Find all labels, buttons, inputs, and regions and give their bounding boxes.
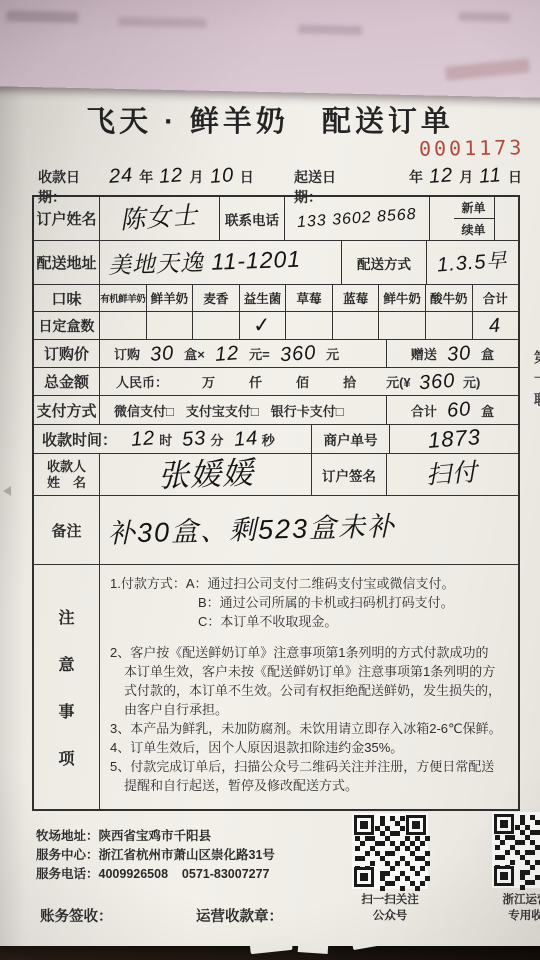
- month-unit: 月: [190, 167, 204, 187]
- farm-address-label: 牧场地址：: [36, 829, 99, 843]
- flavor-cow: 鲜牛奶: [379, 285, 426, 311]
- gift-cell: 赠送 30 盒: [387, 340, 518, 367]
- daily-cell-3: [193, 312, 240, 339]
- total-value-handwriting: 360: [418, 370, 456, 392]
- notes-label-char: 意: [58, 652, 74, 675]
- collect-month-value: 12: [159, 165, 185, 187]
- address-row: 配送地址 美地天逸 11-1201 配送方式 1.3.5早: [34, 241, 518, 285]
- note-line: 提醒和自行起送，暂停及修改配送方式。: [110, 776, 518, 795]
- notes-label-char: 事: [58, 699, 74, 722]
- daily-cell-5: [286, 312, 333, 339]
- qr2-caption-line1: 浙江运营中心: [482, 892, 540, 908]
- daily-cell-6: [333, 312, 380, 339]
- shi-label: 拾: [343, 372, 356, 391]
- merchant-no-label: 商户单号: [312, 425, 390, 453]
- daily-boxes-row: 日定盒数 ✓ 4: [34, 312, 518, 340]
- notes-row: 注 意 事 项 1.付款方式：A：通过扫公司支付二维码支付宝或微信支付。 B：通…: [34, 565, 518, 809]
- gift-qty-handwriting: 30: [446, 343, 472, 365]
- checkmark-handwriting: ✓: [252, 314, 272, 336]
- flavor-label: 口味: [34, 285, 100, 311]
- flavor-probiotic: 益生菌: [240, 285, 287, 311]
- payee-label: 收款人 姓 名: [34, 454, 100, 495]
- address-handwriting: 美地天逸 11-1201: [108, 248, 302, 278]
- flavor-organic-goat: 有机鲜羊奶: [100, 285, 147, 311]
- order-price-cell: 订购 30 盒× 12 元= 360 元: [100, 340, 387, 367]
- notes-label-char: 项: [58, 746, 74, 769]
- wan-label: 万: [202, 372, 215, 391]
- phone-handwriting: 133 3602 8568: [297, 206, 418, 230]
- new-order-subrow: 新单: [454, 197, 495, 219]
- copy-stub-text: 第一联: [531, 350, 540, 413]
- notes-label-char: 注: [58, 605, 74, 628]
- subscriber-name-cell: 陈女士: [100, 197, 220, 240]
- torn-paper-bit: [249, 936, 292, 954]
- note-line: 2、客户按《配送鲜奶订单》注意事项第1条列明的方式付款成功的: [110, 643, 518, 662]
- hour-handwriting: 12: [130, 428, 156, 450]
- receipt-photo: 飞天 · 鲜羊奶 配送订单 0001173 收款日期： 24 年 12 月 10…: [0, 0, 540, 960]
- rmb-label: 人民币：: [116, 372, 168, 391]
- second-unit: 秒: [262, 430, 275, 449]
- total-amount-cell: 人民币： 万 仟 佰 拾 元(¥ 360 元): [100, 368, 518, 395]
- remark-label: 备注: [34, 496, 100, 564]
- service-center-value: 浙江省杭州市萧山区崇化路31号: [99, 848, 275, 862]
- merchant-no-cell: 1873: [390, 425, 518, 453]
- gift-box-label: 盒: [481, 344, 494, 363]
- payment-method-label: 支付方式: [34, 396, 100, 424]
- daily-total-handwriting: 4: [489, 315, 502, 336]
- payment-total-cell: 合计 60 盒: [387, 396, 518, 424]
- order-form-table: 订户姓名 陈女士 联系电话 133 3602 8568 新单 续单 配送地址: [32, 195, 520, 811]
- flavor-goat: 鲜羊奶: [147, 285, 194, 311]
- daily-cell-1: [100, 312, 147, 339]
- qr1-caption: 扫一扫关注 公众号: [332, 892, 448, 924]
- hour-unit: 时: [159, 430, 172, 449]
- day-unit: 日: [240, 167, 254, 187]
- receipt-time-label: 收款时间：: [42, 429, 117, 450]
- minute-handwriting: 53: [182, 428, 208, 450]
- payment-seal-qr-code: [492, 812, 540, 888]
- address-label: 配送地址: [34, 241, 100, 284]
- qr-finder-icon: [494, 866, 514, 886]
- qty-handwriting: 30: [149, 343, 175, 365]
- daily-cell-7: [379, 312, 426, 339]
- farm-address-value: 陕西省宝鸡市千阳县: [99, 829, 212, 843]
- bankcard-option: 银行卡支付□: [271, 401, 344, 420]
- qr2-caption: 浙江运营中心 专用收款章: [482, 892, 540, 924]
- gift-label: 赠送: [411, 344, 437, 363]
- remark-handwriting: 补30盒、剩523盒未补: [108, 513, 397, 548]
- unit-price-handwriting: 12: [214, 343, 240, 365]
- payment-sum-handwriting: 60: [446, 399, 472, 421]
- faint-imprint: [118, 17, 206, 28]
- qr-finder-icon: [354, 815, 374, 835]
- renew-order-subrow: 续单: [454, 219, 495, 240]
- daily-boxes-label: 日定盒数: [34, 312, 100, 339]
- buy-label: 订购: [114, 344, 140, 363]
- yuan-label: 元: [326, 344, 339, 363]
- month-unit: 月: [459, 167, 473, 187]
- daily-total-cell: 4: [473, 312, 519, 339]
- service-center-line: 服务中心：浙江省杭州市萧山区崇化路31号: [36, 845, 275, 863]
- delivery-method-cell: 1.3.5早: [427, 241, 518, 284]
- service-center-label: 服务中心：: [36, 848, 99, 862]
- payee-label-line1: 收款人: [47, 459, 86, 475]
- left-edge-mark: [3, 486, 11, 496]
- note-line: 1.付款方式：A：通过扫公司支付二维码支付宝或微信支付。: [110, 574, 518, 593]
- service-phone-line: 服务电话：4009926508 0571-83007277: [36, 864, 270, 882]
- payment-sum-label: 合计: [411, 401, 437, 420]
- subscriber-name-handwriting: 陈女士: [120, 203, 200, 233]
- collect-year-value: 24: [108, 165, 134, 187]
- alipay-option: 支付宝支付□: [186, 401, 259, 420]
- phone-cell: 133 3602 8568: [285, 197, 430, 240]
- farm-address-line: 牧场地址：陕西省宝鸡市千阳县: [36, 826, 211, 844]
- total-amount-row: 总金额 人民币： 万 仟 佰 拾 元(¥ 360 元): [34, 368, 518, 396]
- total-amount-label: 总金额: [34, 368, 100, 395]
- note-line: 本订单生效，客户未按《配送鲜奶订单》注意事项第1条列明的方: [110, 662, 518, 681]
- flavor-yogurt: 酸牛奶: [426, 285, 473, 311]
- qr2-caption-line2: 专用收款章: [482, 908, 540, 924]
- merchant-no-handwriting: 1873: [427, 426, 481, 452]
- qr-finder-icon: [494, 814, 514, 834]
- year-unit: 年: [409, 167, 423, 187]
- flavor-wheat: 麦香: [193, 285, 240, 311]
- flavor-strawberry: 草莓: [286, 285, 333, 311]
- payee-name-handwriting: 张媛媛: [157, 457, 254, 491]
- note-line: 由客户自行承担。: [110, 700, 518, 719]
- remark-cell: 补30盒、剩523盒未补: [100, 496, 518, 564]
- faint-imprint: [6, 10, 78, 23]
- yuan-open-label: 元(¥: [386, 372, 411, 391]
- subscriber-sign-cell: 扫付: [387, 454, 518, 495]
- note-line: 5、付款完成订单后，扫描公众号二维码关注并注册，方便日常配送: [110, 757, 518, 776]
- year-unit: 年: [139, 167, 153, 187]
- faint-imprint: [445, 58, 530, 80]
- note-line: 式付款的，本订单不生效。公司有权拒绝配送鲜奶，发生损失的，: [110, 681, 518, 700]
- form-title: 飞天 · 鲜羊奶 配送订单: [0, 99, 540, 140]
- start-month-value: 12: [428, 165, 454, 187]
- wechat-pay-option: 微信支付□: [114, 401, 174, 420]
- yuan-equals-label: 元=: [249, 344, 270, 363]
- note-line: B：通过公司所属的卡机或扫码机打码支付。: [110, 593, 518, 612]
- second-handwriting: 14: [233, 428, 259, 450]
- payee-row: 收款人 姓 名 张媛媛 订户签名 扫付: [34, 454, 518, 496]
- note-line: 4、订单生效后，因个人原因退款扣除违约金35%。: [110, 738, 518, 757]
- delivery-method-handwriting: 1.3.5早: [437, 250, 509, 275]
- payee-name-cell: 张媛媛: [100, 454, 312, 495]
- qr1-caption-line1: 扫一扫关注: [332, 892, 448, 908]
- payment-box-label: 盒: [481, 401, 494, 420]
- qr-finder-icon: [406, 815, 426, 835]
- flavor-header-row: 口味 有机鲜羊奶 鲜羊奶 麦香 益生菌 草莓 蓝莓 鲜牛奶 酸牛奶 合计: [34, 285, 518, 312]
- delivery-method-label: 配送方式: [342, 241, 427, 284]
- flavor-blueberry: 蓝莓: [333, 285, 380, 311]
- new-renew-cell: 新单 续单: [430, 197, 518, 240]
- faint-imprint: [458, 12, 510, 22]
- payee-label-line2: 姓 名: [47, 475, 86, 491]
- bai-label: 佰: [296, 372, 309, 391]
- yuan-close-label: 元): [463, 372, 480, 391]
- order-price-row: 订购价 订购 30 盒× 12 元= 360 元 赠送 30 盒: [34, 340, 518, 368]
- new-order-label: 新单: [454, 197, 495, 218]
- payment-options-cell: 微信支付□ 支付宝支付□ 银行卡支付□: [100, 396, 387, 424]
- subscriber-sign-label: 订户签名: [312, 454, 387, 495]
- service-phone-value: 4009926508 0571-83007277: [99, 867, 270, 881]
- daily-cell-8: [426, 312, 473, 339]
- daily-cell-2: [147, 312, 194, 339]
- subscriber-label: 订户姓名: [34, 197, 100, 240]
- minute-unit: 分: [211, 430, 224, 449]
- receipt-time-cell: 收款时间： 12 时 53 分 14 秒: [34, 425, 312, 453]
- receipt-time-row: 收款时间： 12 时 53 分 14 秒 商户单号 1873: [34, 425, 518, 454]
- payment-method-row: 支付方式 微信支付□ 支付宝支付□ 银行卡支付□ 合计 60 盒: [34, 396, 518, 425]
- serial-number: 0001173: [419, 135, 525, 160]
- day-unit: 日: [508, 167, 522, 187]
- account-sign-label: 账务签收：: [40, 905, 113, 926]
- qr1-caption-line2: 公众号: [332, 908, 448, 924]
- phone-label: 联系电话: [220, 197, 285, 240]
- subscriber-row: 订户姓名 陈女士 联系电话 133 3602 8568 新单 续单: [34, 197, 518, 241]
- notes-text-block: 1.付款方式：A：通过扫公司支付二维码支付宝或微信支付。 B：通过公司所属的卡机…: [100, 565, 518, 809]
- collect-day-value: 10: [209, 165, 235, 187]
- daily-cell-probiotic-check: ✓: [240, 312, 287, 339]
- renew-order-label: 续单: [454, 219, 495, 240]
- start-day-value: 11: [479, 165, 503, 187]
- note-line: C：本订单不收取现金。: [110, 612, 518, 631]
- official-account-qr-code: [352, 813, 428, 889]
- torn-paper-bit: [351, 932, 379, 950]
- address-cell: 美地天逸 11-1201: [100, 241, 342, 284]
- subscriber-sign-handwriting: 扫付: [426, 460, 480, 489]
- remark-row: 备注 补30盒、剩523盒未补: [34, 496, 518, 565]
- amount-handwriting: 360: [279, 342, 317, 364]
- order-price-label: 订购价: [34, 340, 100, 367]
- operation-seal-label: 运营收款章：: [196, 905, 283, 926]
- service-phone-label: 服务电话：: [36, 867, 99, 881]
- flavor-total-label: 合计: [473, 285, 519, 311]
- torn-paper-bit: [298, 942, 329, 954]
- pink-copy-sheet: [0, 0, 540, 98]
- qian-label: 仟: [249, 372, 262, 391]
- notes-label: 注 意 事 项: [34, 565, 100, 809]
- faint-imprint: [298, 25, 362, 35]
- note-line: 3、本产品为鲜乳，未加防腐剂。未饮用请立即存入冰箱2-6℃保鲜。: [110, 719, 518, 738]
- box-times-label: 盒×: [184, 344, 205, 363]
- qr-finder-icon: [354, 867, 374, 887]
